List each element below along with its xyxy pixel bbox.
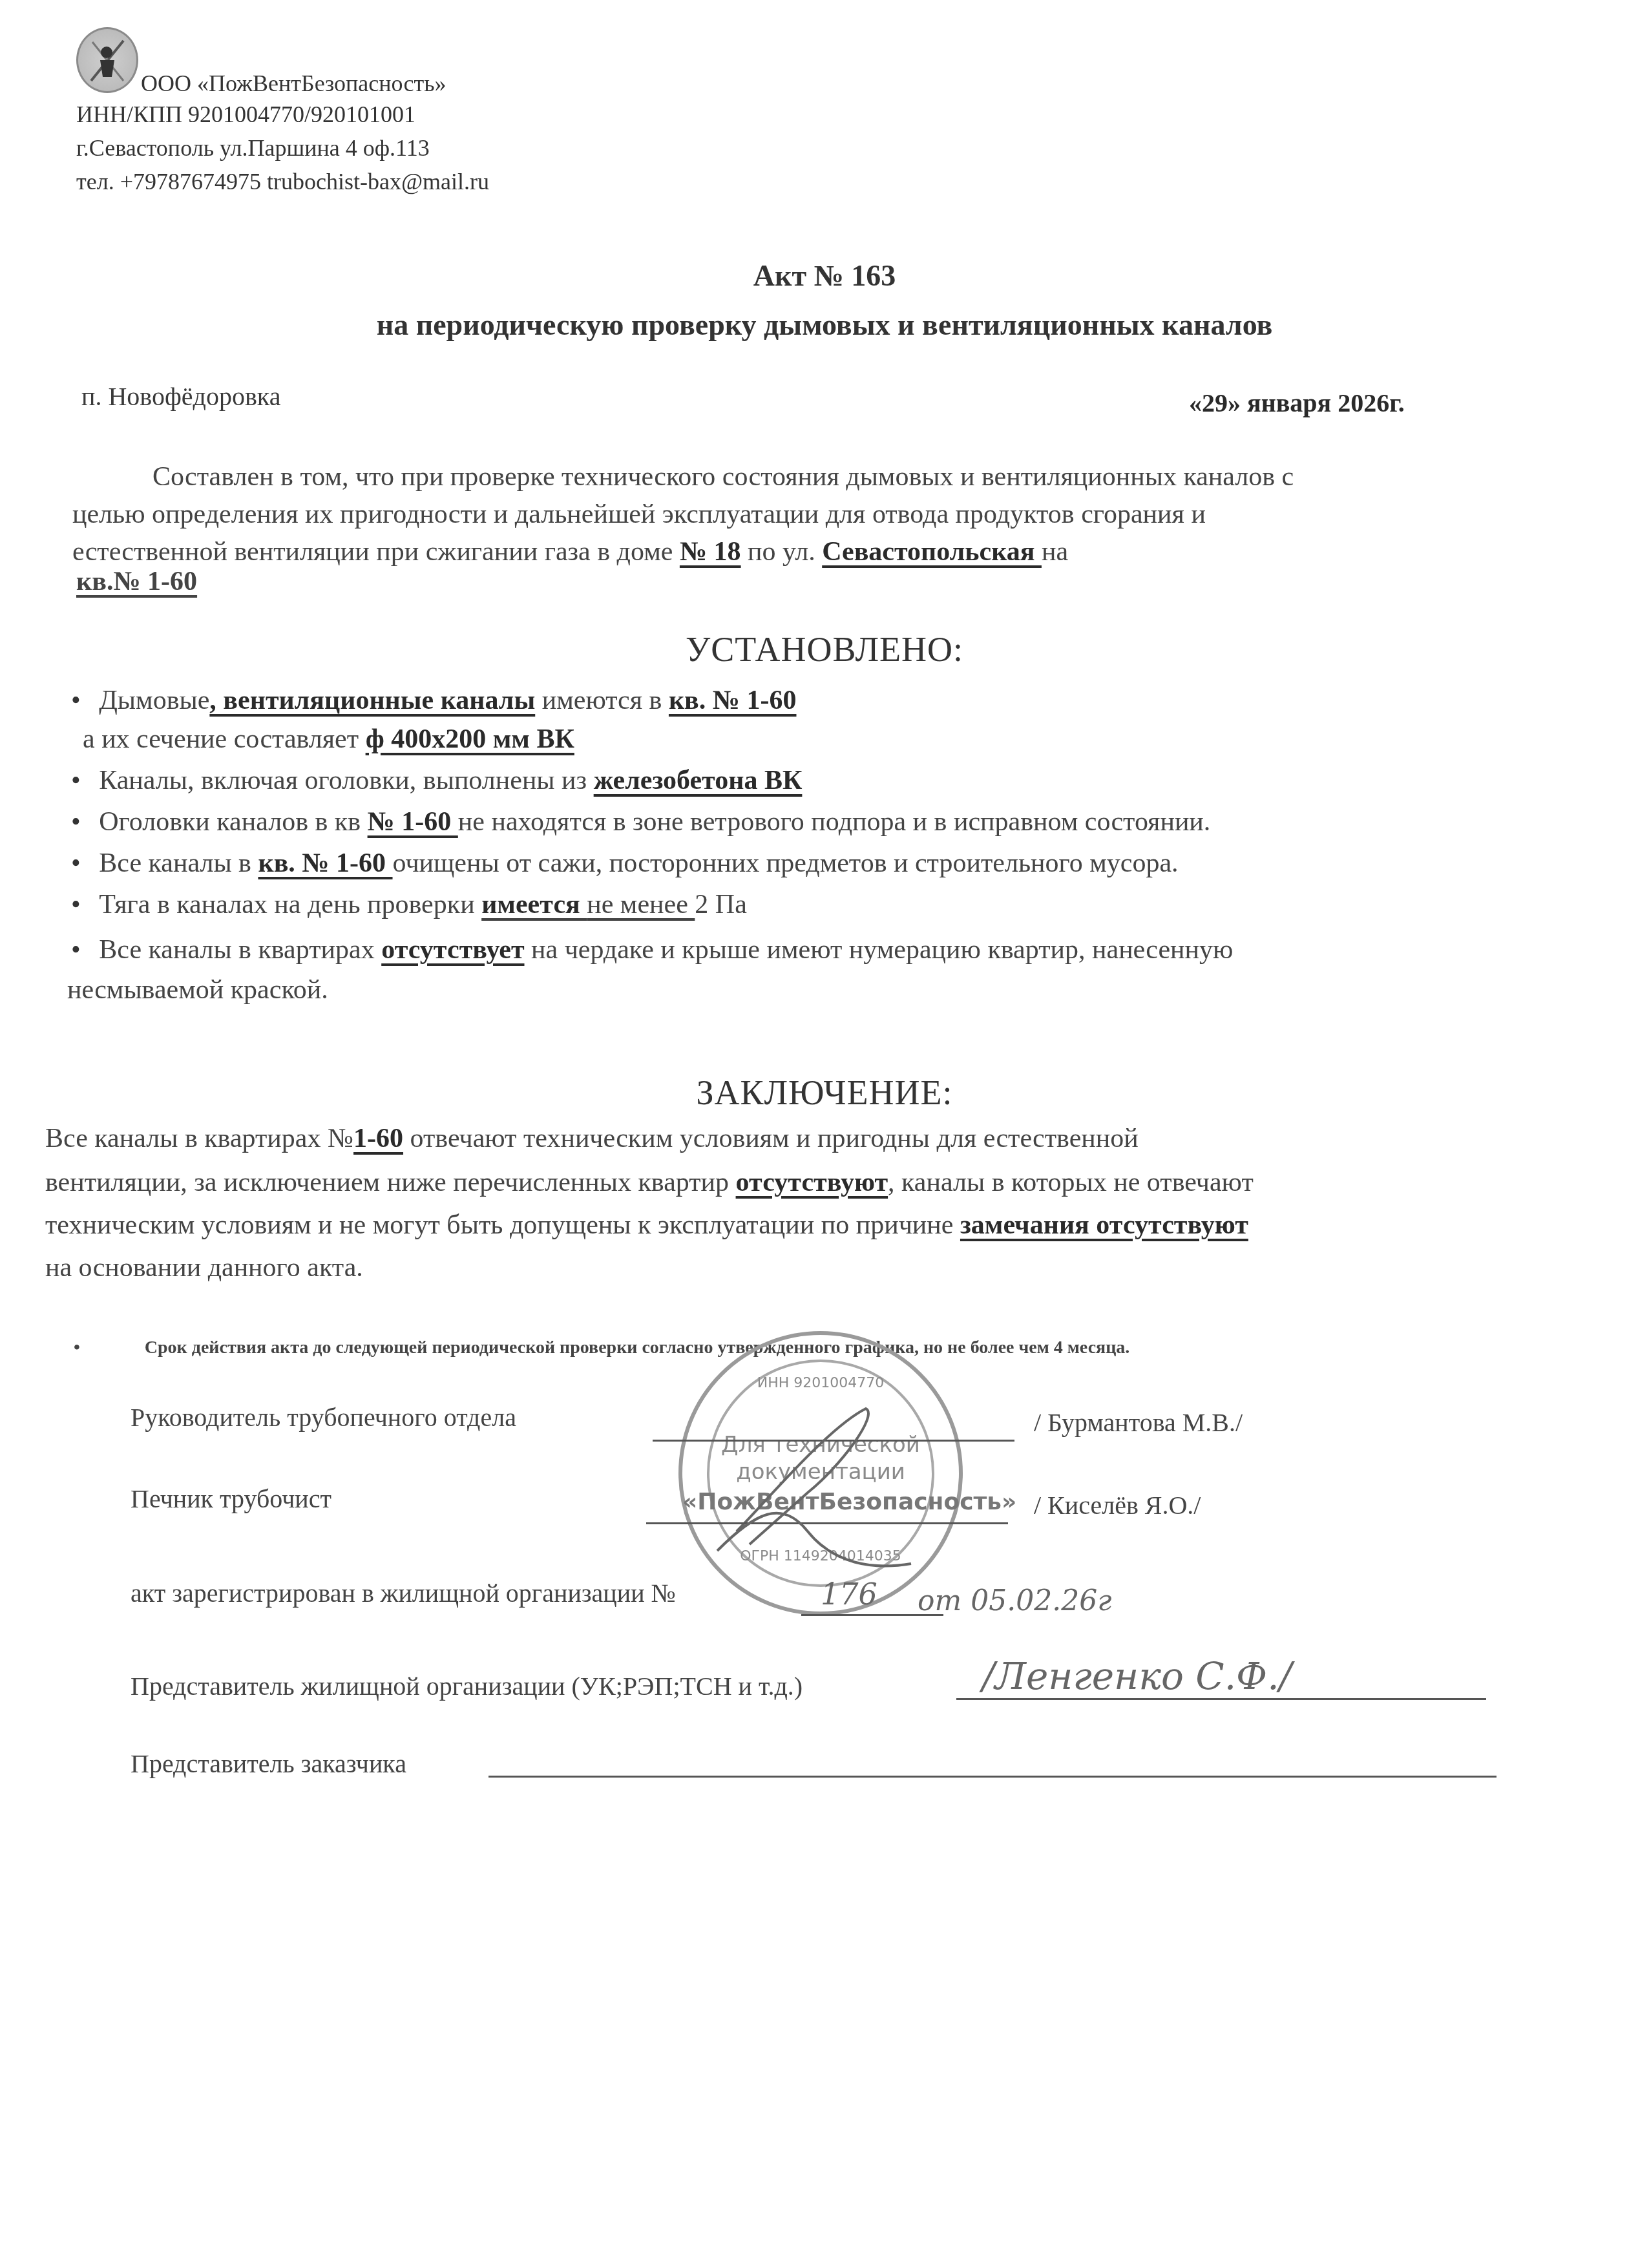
validity-note-text: Срок действия акта до следующей периодич… [145,1338,1130,1358]
finding-highlight: ф 400х200 мм ВК [366,724,574,754]
document-subtitle: на периодическую проверку дымовых и вент… [0,308,1649,342]
finding-highlight: отсутствует [381,935,524,965]
document-date: «29» января 2026г. [1189,388,1405,418]
finding-highlight: кв. № 1-60 [669,686,797,715]
conclusion-text: вентиляции, за исключением ниже перечисл… [45,1168,736,1197]
conclusion-highlight: отсутствуют [736,1168,888,1197]
conclusion-highlight: замечания отсутствуют [960,1210,1248,1240]
conclusion-text: отвечают техническим условиям и пригодны… [403,1124,1139,1153]
house-number: № 18 [680,537,741,567]
finding-highlight: железобетона ВК [594,766,803,795]
customer-signature-line [488,1776,1497,1778]
registration-label: акт зарегистрирован в жилищной организац… [131,1578,676,1608]
conclusion-highlight: 1-60 [353,1124,403,1153]
conclusion-text: техническим условиям и не могут быть доп… [45,1210,960,1240]
customer-representative-label: Представитель заказчика [131,1748,406,1779]
conclusion-text: Все каналы в квартирах № [45,1124,353,1153]
document-place: п. Новофёдоровка [81,381,280,412]
chimney-sweep-icon [78,29,136,91]
finding-item: Дымовые, вентиляционные каналы имеются в… [71,680,796,721]
intro-text: по ул. [741,537,823,567]
finding-text: Тяга в каналах на день проверки [99,890,481,919]
finding-item: Все каналы в кв. № 1-60 очищены от сажи,… [71,843,1179,884]
chimney-sweep-label: Печник трубочист [131,1484,331,1514]
finding-item: Каналы, включая оголовки, выполнены из ж… [71,760,802,801]
finding-item-continued: несмываемой краской. [67,969,328,1011]
intro-line-2: целью определения их пригодности и дальн… [72,494,1206,535]
finding-text: Каналы, включая оголовки, выполнены из [99,766,593,795]
finding-text: Все каналы в [99,848,258,878]
company-logo [76,27,138,93]
housing-representative-label: Представитель жилищной организации (УК;Р… [131,1671,803,1701]
conclusion-line-1: Все каналы в квартирах №1-60 отвечают те… [45,1118,1139,1159]
conclusion-line-2: вентиляции, за исключением ниже перечисл… [45,1162,1254,1203]
findings-heading: УСТАНОВЛЕНО: [0,629,1649,669]
conclusion-heading: ЗАКЛЮЧЕНИЕ: [0,1073,1649,1113]
finding-item: Все каналы в квартирах отсутствует на че… [71,929,1233,971]
conclusion-line-4: на основании данного акта. [45,1247,363,1288]
document-title: Акт № 163 [0,258,1649,293]
street-name: Севастопольская [822,537,1042,567]
finding-text: Все каналы в квартирах [99,935,381,965]
finding-text: Оголовки каналов в кв [99,807,367,837]
finding-item: Тяга в каналах на день проверки имеется … [71,884,747,925]
finding-text: не менее [587,890,695,919]
housing-signature-line [956,1698,1486,1700]
company-name: ООО «ПожВентБезопасность» [141,70,446,97]
apartments-range: кв.№ 1-60 [76,561,197,602]
bullet-icon: • [74,1338,80,1358]
finding-highlight: № 1-60 [368,807,458,837]
finding-text: не находятся в зоне ветрового подпора и … [458,807,1211,837]
finding-text: Дымовые [99,686,209,715]
registration-number: 176 [821,1577,877,1612]
conclusion-text: , каналы в которых не отвечают [888,1168,1254,1197]
finding-text: имеются в [535,686,669,715]
finding-text: на чердаке и крыше имеют нумерацию кварт… [525,935,1234,965]
finding-text: а их сечение составляет [83,724,366,754]
company-address: г.Севастополь ул.Паршина 4 оф.113 [76,134,430,162]
intro-line-3: естественной вентиляции при сжигании газ… [72,531,1068,572]
registration-date: от 05.02.26г [918,1584,1111,1617]
intro-text: на [1042,537,1068,567]
company-contacts: тел. +79787674975 trubochist-bax@mail.ru [76,168,489,195]
finding-highlight: кв. № 1-60 [258,848,392,878]
company-inn-kpp: ИНН/КПП 9201004770/920101001 [76,101,415,128]
finding-highlight: имеется [481,890,587,919]
head-name: / Бурмантова М.В./ [1034,1407,1243,1438]
finding-text: очищены от сажи, посторонних предметов и… [393,848,1179,878]
head-of-department-label: Руководитель трубопечного отдела [131,1402,516,1433]
finding-item: а их сечение составляет ф 400х200 мм ВК [83,719,574,760]
handwritten-signature-icon [704,1473,937,1577]
validity-note: •Срок действия акта до следующей периоди… [74,1338,1129,1358]
sweep-name: / Киселёв Я.О./ [1034,1490,1201,1520]
finding-item: Оголовки каналов в кв № 1-60 не находятс… [71,801,1210,843]
housing-representative-handwritten: /Ленгенко С.Ф./ [982,1654,1292,1698]
conclusion-line-3: техническим условиям и не могут быть доп… [45,1204,1248,1246]
finding-highlight: , вентиляционные каналы [209,686,535,715]
finding-text: 2 Па [695,890,746,919]
intro-line-1: Составлен в том, что при проверке технич… [152,456,1294,498]
